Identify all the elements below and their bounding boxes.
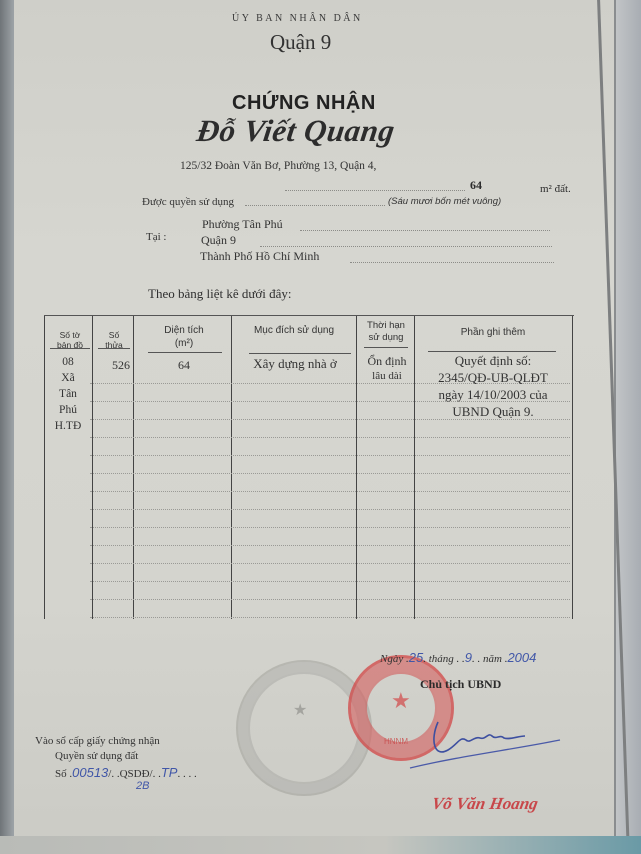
column-divider	[231, 316, 232, 619]
header-purpose: Mục đích sử dụng	[234, 326, 354, 336]
star-icon: ★	[293, 700, 307, 720]
issuer-district: Quận 9	[270, 30, 331, 55]
certificate-title: CHỨNG NHẬN	[232, 92, 376, 115]
column-divider	[356, 316, 357, 619]
dotted-line	[350, 262, 554, 263]
holder-name: Đỗ Viết Quang	[194, 113, 397, 149]
location-city: Thành Phố Hồ Chí Minh	[200, 249, 319, 264]
row-guide	[90, 491, 570, 492]
header-term: Thời hạn sử dụng	[358, 320, 414, 344]
table-border	[44, 316, 45, 619]
issuer-org: ỦY BAN NHÂN DÂN	[232, 13, 363, 24]
land-parcel-table: Số tờ bản đồ Số thửa Diện tích (m²) Mục …	[44, 315, 574, 619]
holder-address: 125/32 Đoàn Văn Bơ, Phường 13, Quận 4,	[180, 160, 376, 172]
row-guide	[90, 545, 570, 546]
signing-date: Ngày .25. tháng . .9. . năm .2004	[380, 650, 536, 665]
area-value: 64	[470, 178, 482, 193]
location-ward: Phường Tân Phú	[202, 217, 283, 232]
header-area: Diện tích (m²)	[144, 324, 224, 350]
column-divider	[92, 316, 93, 619]
location-label: Tại :	[146, 231, 166, 243]
header-underline	[148, 352, 222, 353]
registration-number: Số .00513/. .QSDĐ/. .TP. . . .	[55, 765, 197, 780]
date-year: 2004	[507, 650, 536, 665]
signer-name: Võ Văn Hoang	[430, 794, 539, 814]
row-guide	[90, 581, 570, 582]
registration-sub: 2B	[136, 780, 149, 792]
cell-term: Ổn định lâu dài	[358, 354, 416, 384]
signer-position: Chủ tịch UBND	[420, 677, 501, 692]
date-day: 25	[409, 650, 423, 665]
row-guide	[90, 455, 570, 456]
registration-line-2: Quyền sử dụng đất	[55, 750, 138, 762]
area-unit: m² đất.	[540, 183, 571, 195]
header-underline	[98, 348, 130, 349]
header-notes: Phần ghi thêm	[416, 328, 570, 338]
usage-right-label: Được quyền sử dụng	[142, 196, 234, 208]
row-guide	[90, 437, 570, 438]
header-parcel: Số thửa	[96, 330, 132, 350]
header-underline	[50, 348, 90, 349]
cell-purpose: Xây dựng nhà ở	[234, 356, 356, 371]
background-strip	[0, 836, 641, 854]
row-guide	[90, 527, 570, 528]
city-code: TP	[161, 765, 178, 780]
list-intro: Theo bảng liệt kê dưới đây:	[148, 286, 292, 302]
table-border	[572, 316, 573, 619]
dotted-line	[300, 230, 550, 231]
cell-notes: Quyết định số: 2345/QĐ-UB-QLĐT ngày 14/1…	[418, 352, 568, 420]
handwritten-signature	[400, 710, 570, 780]
row-guide	[90, 599, 570, 600]
registration-line-1: Vào sổ cấp giấy chứng nhận	[35, 735, 160, 747]
dotted-line	[285, 190, 465, 191]
cell-map-sheet: 08 Xã Tân Phú H.TĐ	[46, 354, 90, 434]
cell-parcel: 526	[104, 358, 138, 373]
row-guide	[90, 509, 570, 510]
area-in-words: (Sáu mươi bốn mét vuông)	[388, 196, 501, 207]
cell-area: 64	[144, 358, 224, 373]
location-district: Quận 9	[201, 233, 236, 248]
row-guide	[90, 617, 570, 618]
header-map-sheet: Số tờ bản đồ	[48, 330, 92, 350]
registration-number-value: 00513	[72, 765, 108, 780]
row-guide	[90, 473, 570, 474]
date-month: 9	[465, 650, 472, 665]
header-underline	[364, 347, 408, 348]
header-underline	[249, 353, 351, 354]
dotted-line	[245, 205, 385, 206]
row-guide	[90, 563, 570, 564]
dotted-line	[260, 246, 552, 247]
